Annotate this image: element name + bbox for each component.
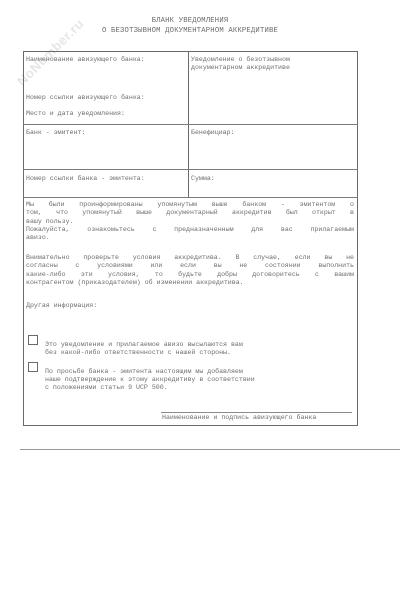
paragraph-informed: Мы были проинформированы упомянутым выше… <box>26 201 354 226</box>
text-line: контрагентом (приказодателем) об изменен… <box>26 279 354 287</box>
text-line: какие-либо эти условия, то будьте добры … <box>26 271 354 279</box>
paragraph-review-advice: Пожалуйста, ознакомьтесь с предназначенн… <box>26 226 354 243</box>
advising-bank-ref-label: Номер ссылки авизующего банка: <box>26 94 145 102</box>
text-line: Пожалуйста, ознакомьтесь с предназначенн… <box>26 226 354 234</box>
add-confirmation-checkbox[interactable] <box>28 362 38 372</box>
row-divider-3 <box>23 197 358 198</box>
issuing-bank-label: Банк - эмитент: <box>26 129 85 137</box>
issuing-bank-ref-label: Номер ссылки банка - эмитента: <box>26 175 145 183</box>
no-responsibility-checkbox[interactable] <box>28 335 38 345</box>
row-divider-2 <box>23 169 358 170</box>
text-line: авизо. <box>26 234 354 242</box>
text-line: согласны с условиями или если вы не сост… <box>26 262 354 270</box>
document-title-line2: О БЕЗОТЗЫВНОМ ДОКУМЕНТАРНОМ АККРЕДИТИВЕ <box>0 27 380 35</box>
paragraph-check-terms: Внимательно проверьте условия аккредитив… <box>26 254 354 287</box>
advising-bank-name-label: Наименование авизующего банка: <box>26 56 145 64</box>
amount-label: Сумма: <box>191 175 215 183</box>
notice-heading-line2: документарном аккредитиве <box>191 64 290 72</box>
checkbox1-text-line2: без какой-либо ответственности с нашей с… <box>45 349 231 357</box>
page-separator-line <box>20 449 400 450</box>
text-line: вашу пользу. <box>26 218 354 226</box>
text-line: том, что упомянутый выше документарный а… <box>26 209 354 217</box>
place-date-label: Место и дата уведомления: <box>26 110 125 118</box>
signature-line <box>161 412 352 413</box>
checkbox2-text-line3: с положениями статьи 9 UCP 500. <box>45 384 168 392</box>
row-divider-1 <box>23 124 358 125</box>
other-info-label: Другая информация: <box>26 302 97 310</box>
beneficiary-label: Бенефициар: <box>191 129 235 137</box>
document-title-line1: БЛАНК УВЕДОМЛЕНИЯ <box>0 17 380 25</box>
signature-caption: Наименование и подпись авизующего банка <box>162 414 316 422</box>
text-line: Внимательно проверьте условия аккредитив… <box>26 254 354 262</box>
